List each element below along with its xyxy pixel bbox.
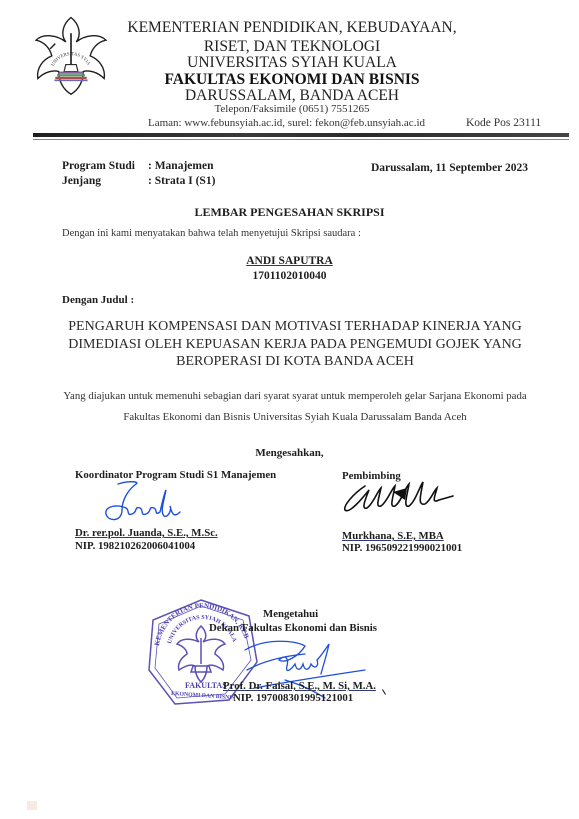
dean-name: Prof. Dr. Faisal, S.E., M. Si, M.A. (223, 680, 376, 692)
level-label: Jenjang (62, 175, 101, 187)
ministry-line-1: KEMENTERIAN PENDIDIKAN, KEBUDAYAAN, (112, 20, 472, 36)
purpose-line: Fakultas Ekonomi dan Bisnis Universitas … (30, 407, 560, 428)
letterhead-divider-thick (33, 133, 569, 137)
thesis-title-label: Dengan Judul : (62, 294, 134, 306)
coordinator-signature-icon (100, 478, 190, 524)
faculty-location: DARUSSALAM, BANDA ACEH (112, 88, 472, 104)
purpose-line: Yang diajukan untuk memenuhi sebagian da… (30, 386, 560, 407)
scan-speck (27, 801, 37, 810)
postal-code: Kode Pos 23111 (466, 117, 541, 129)
student-id: 1701102010040 (0, 270, 579, 282)
university-name: UNIVERSITAS SYIAH KUALA (112, 55, 472, 71)
level-value: : Strata I (S1) (148, 175, 215, 187)
stray-mark-icon (382, 689, 386, 695)
student-name: ANDI SAPUTRA (0, 255, 579, 267)
supervisor-nip: NIP. 196509221990021001 (342, 542, 462, 554)
intro-statement: Dengan ini kami menyatakan bahwa telah m… (62, 228, 361, 239)
dean-nip: NIP. 197008301995121001 (233, 692, 353, 704)
faculty-name: FAKULTAS EKONOMI DAN BISNIS (112, 72, 472, 88)
university-logo-icon: UNIVERSITAS SYIAH KUALA (27, 14, 115, 96)
thesis-title-line: BEROPERASI DI KOTA BANDA ACEH (60, 353, 530, 371)
supervisor-name: Murkhana, S.E, MBA (342, 530, 444, 542)
thesis-title-line: PENGARUH KOMPENSASI DAN MOTIVASI TERHADA… (60, 318, 530, 336)
coordinator-name: Dr. rer.pol. Juanda, S.E., M.Sc. (75, 527, 218, 539)
faculty-phone: Telepon/Faksimile (0651) 7551265 (112, 104, 472, 115)
supervisor-signature-icon (335, 478, 470, 518)
thesis-title: PENGARUH KOMPENSASI DAN MOTIVASI TERHADA… (60, 318, 530, 371)
program-value: : Manajemen (148, 160, 213, 172)
ministry-line-2: RISET, DAN TEKNOLOGI (112, 39, 472, 55)
document-title: LEMBAR PENGESAHAN SKRIPSI (0, 205, 579, 220)
student-name-text: ANDI SAPUTRA (246, 255, 333, 267)
faculty-web-email: Laman: www.febunsyiah.ac.id, surel: feko… (148, 117, 425, 129)
thesis-title-line: DIMEDIASI OLEH KEPUASAN KERJA PADA PENGE… (60, 336, 530, 354)
coordinator-nip: NIP. 198210262006041004 (75, 540, 195, 552)
approval-heading: Mengesahkan, (0, 447, 579, 459)
place-date: Darussalam, 11 September 2023 (371, 162, 528, 174)
stamp-bottom-text: FAKULTAS (185, 681, 227, 690)
program-label: Program Studi (62, 160, 135, 172)
purpose-statement: Yang diajukan untuk memenuhi sebagian da… (30, 386, 560, 428)
letterhead-divider-thin (33, 139, 569, 140)
dean-acknowledge: Mengetahui (263, 608, 318, 620)
